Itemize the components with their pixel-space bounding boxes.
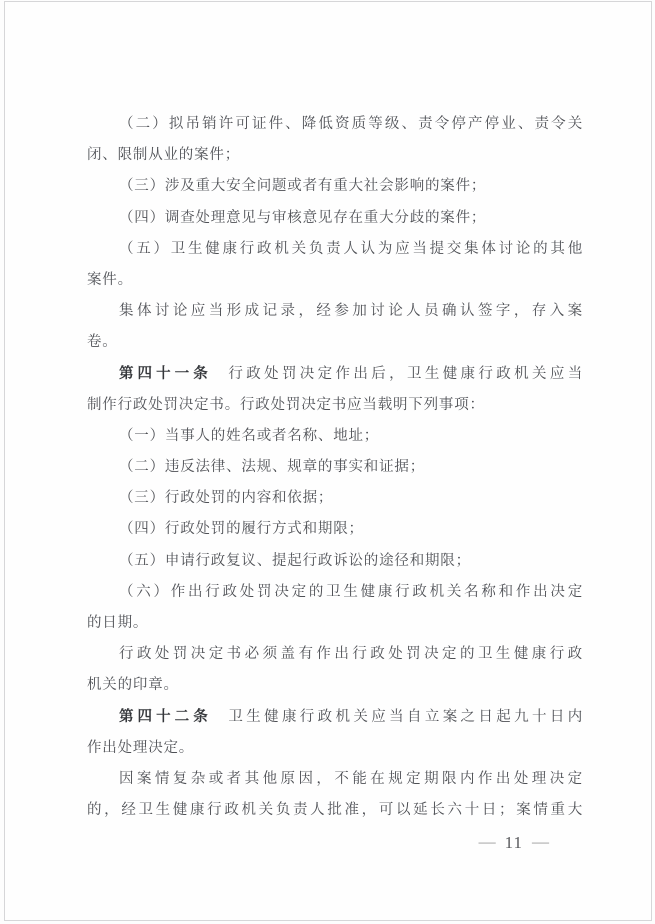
text-line-article-41-item-4: （四）行政处罚的履行方式和期限； bbox=[87, 514, 583, 545]
page-number-left-dash: — bbox=[479, 832, 496, 852]
text-line-clause-3: （三）涉及重大安全问题或者有重大社会影响的案件； bbox=[87, 171, 583, 202]
page-number-right-dash: — bbox=[532, 832, 549, 852]
text-line-extension-provision: 因案情复杂或者其他原因，不能在规定期限内作出处理决定 bbox=[87, 764, 583, 795]
article-number-term: 第四十二条 bbox=[119, 709, 212, 725]
text-line-collective-discussion-record: 集体讨论应当形成记录，经参加讨论人员确认签字，存入案 bbox=[87, 296, 583, 327]
text-line-article-41-item-3: （三）行政处罚的内容和依据； bbox=[87, 483, 583, 514]
text-line-extension-provision: 的，经卫生健康行政机关负责人批准，可以延长六十日；案情重大 bbox=[87, 795, 583, 826]
text-line-article-41-item-6: （六）作出行政处罚决定的卫生健康行政机关名称和作出决定 bbox=[87, 577, 583, 608]
text-line-collective-discussion-record: 卷。 bbox=[87, 327, 583, 358]
page-number: — 11 — bbox=[479, 833, 549, 853]
text-line-article-41-item-5: （五）申请行政复议、提起行政诉讼的途径和期限； bbox=[87, 546, 583, 577]
article-number-term: 第四十一条 bbox=[119, 366, 212, 382]
page-number-value: 11 bbox=[505, 833, 523, 853]
text-line-article-41-item-1: （一）当事人的姓名或者名称、地址； bbox=[87, 421, 583, 452]
text-line-clause-2: 闭、限制从业的案件； bbox=[87, 140, 583, 171]
text-line-article-41-item-6: 的日期。 bbox=[87, 608, 583, 639]
text-line-article-42: 作出处理决定。 bbox=[87, 733, 583, 764]
text-line-clause-5: （五）卫生健康行政机关负责人认为应当提交集体讨论的其他 bbox=[87, 234, 583, 265]
text-line-seal-requirement: 行政处罚决定书必须盖有作出行政处罚决定的卫生健康行政 bbox=[87, 639, 583, 670]
text-line-article-41-item-2: （二）违反法律、法规、规章的事实和证据； bbox=[87, 452, 583, 483]
text-line-clause-4: （四）调查处理意见与审核意见存在重大分歧的案件； bbox=[87, 203, 583, 234]
text-line-article-41: 制作行政处罚决定书。行政处罚决定书应当载明下列事项： bbox=[87, 390, 583, 421]
text-line-article-41: 第四十一条行政处罚决定作出后，卫生健康行政机关应当 bbox=[87, 359, 583, 390]
text-line-seal-requirement: 机关的印章。 bbox=[87, 670, 583, 701]
text-line-clause-2: （二）拟吊销许可证件、降低资质等级、责令停产停业、责令关 bbox=[87, 109, 583, 140]
text-line-clause-5: 案件。 bbox=[87, 265, 583, 296]
text-line-article-42: 第四十二条卫生健康行政机关应当自立案之日起九十日内 bbox=[87, 702, 583, 733]
scanned-page: （二）拟吊销许可证件、降低资质等级、责令停产停业、责令关闭、限制从业的案件；（三… bbox=[4, 1, 652, 921]
text-block: （二）拟吊销许可证件、降低资质等级、责令停产停业、责令关闭、限制从业的案件；（三… bbox=[87, 109, 583, 826]
